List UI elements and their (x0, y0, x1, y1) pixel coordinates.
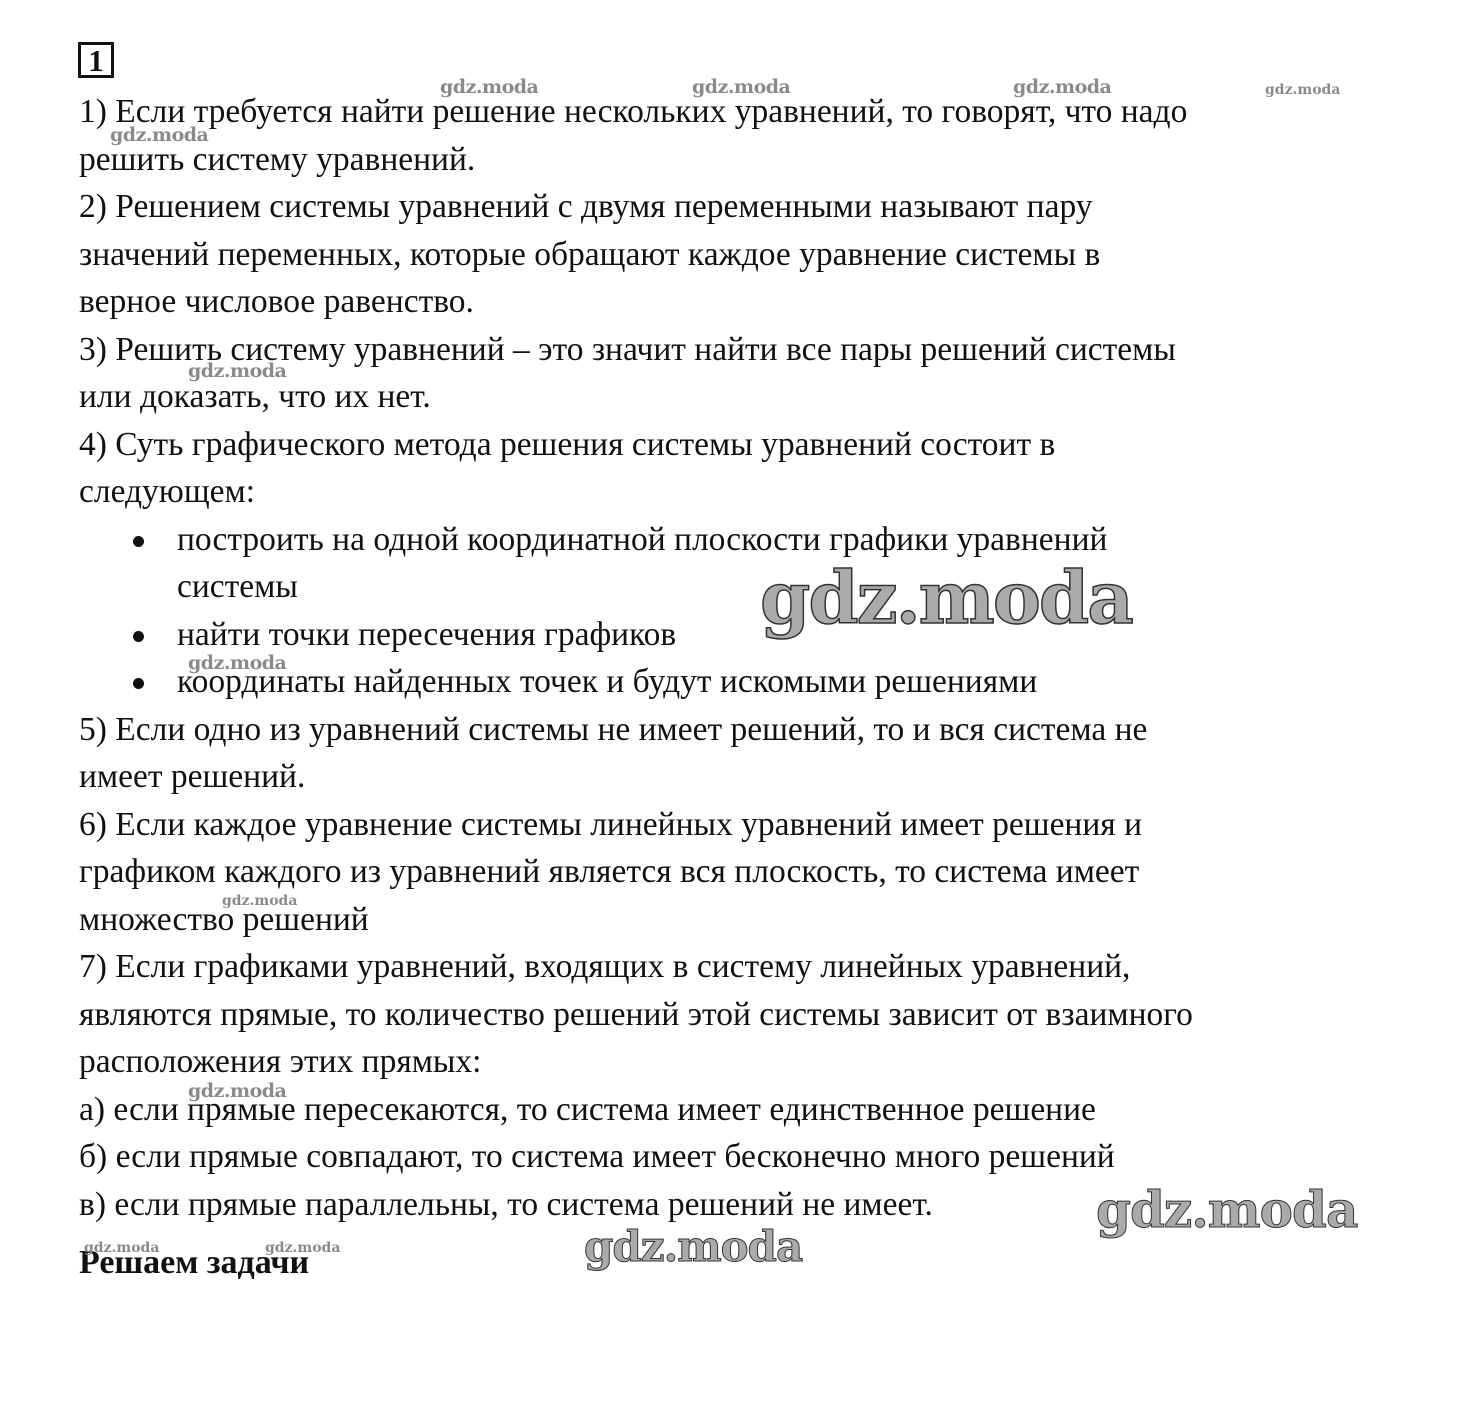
text-line: следующем: (79, 468, 1409, 516)
text-line: 2) Решением системы уравнений с двумя пе… (79, 183, 1409, 231)
bullet-icon (133, 631, 144, 642)
task-number-box: 1 (78, 42, 114, 78)
text-line: б) если прямые совпадают, то система име… (79, 1133, 1409, 1181)
text-line: в) если прямые параллельны, то система р… (79, 1181, 1409, 1229)
section-heading: Решаем задачи (79, 1240, 1409, 1286)
text-line: 1) Если требуется найти решение нескольк… (79, 88, 1409, 136)
text-line: 3) Решить систему уравнений – это значит… (79, 326, 1409, 374)
text-line: 6) Если каждое уравнение системы линейны… (79, 801, 1409, 849)
text-line: графиком каждого из уравнений является в… (79, 848, 1409, 896)
bullet-item-continuation: системы (79, 563, 1409, 611)
bullet-icon (133, 678, 144, 689)
text-line: или доказать, что их нет. (79, 373, 1409, 421)
document-body: 1) Если требуется найти решение нескольк… (79, 88, 1409, 1286)
bullet-item: координаты найденных точек и будут иском… (79, 658, 1409, 706)
text-line: а) если прямые пересекаются, то система … (79, 1086, 1409, 1134)
text-line: 7) Если графиками уравнений, входящих в … (79, 943, 1409, 991)
text-line: имеет решений. (79, 753, 1409, 801)
text-line: 4) Суть графического метода решения сист… (79, 421, 1409, 469)
text-line: множество решений (79, 896, 1409, 944)
text-line: 5) Если одно из уравнений системы не име… (79, 706, 1409, 754)
text-line: решить систему уравнений. (79, 136, 1409, 184)
bullet-icon (133, 536, 144, 547)
text-line: значений переменных, которые обращают ка… (79, 231, 1409, 279)
bullet-item: построить на одной координатной плоскост… (79, 516, 1409, 564)
text-line: верное числовое равенство. (79, 278, 1409, 326)
text-line: являются прямые, то количество решений э… (79, 991, 1409, 1039)
text-line: расположения этих прямых: (79, 1038, 1409, 1086)
bullet-item: найти точки пересечения графиков (79, 611, 1409, 659)
